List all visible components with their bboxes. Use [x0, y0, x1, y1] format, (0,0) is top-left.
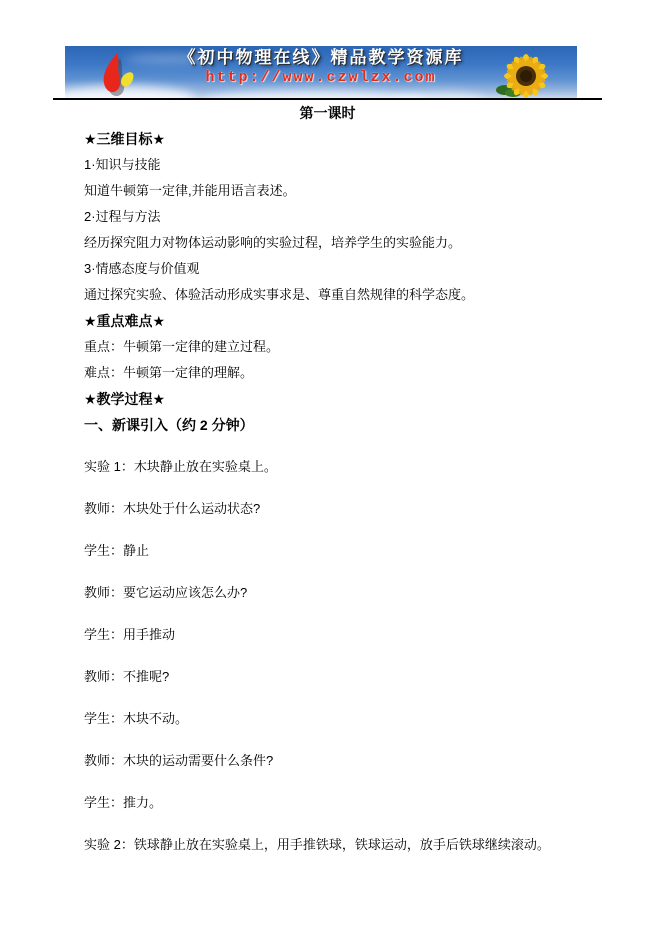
paragraph: 实验 1：木块静止放在实验桌上。	[53, 454, 602, 480]
paragraph: 难点：牛顿第一定律的理解。	[53, 360, 602, 386]
paragraph: 实验 2：铁球静止放在实验桌上，用手推铁球，铁球运动，放手后铁球继续滚动。	[53, 832, 602, 858]
page-title: 第一课时	[53, 100, 602, 126]
paragraph: 经历探究阻力对物体运动影响的实验过程，培养学生的实验能力。	[53, 230, 602, 256]
sunflower-icon	[493, 50, 553, 98]
section-heading: ★三维目标★	[53, 126, 602, 152]
cloud-shape	[205, 90, 425, 98]
paragraph: 教师：不推呢?	[53, 664, 602, 690]
paragraph: 教师：木块处于什么运动状态?	[53, 496, 602, 522]
paragraph: 知道牛顿第一定律,并能用语言表述。	[53, 178, 602, 204]
section-heading: 一、新课引入（约 2 分钟）	[53, 412, 602, 438]
section-heading: ★教学过程★	[53, 386, 602, 412]
paragraph: 通过探究实验、体验活动形成实事求是、尊重自然规律的科学态度。	[53, 282, 602, 308]
paragraph: 学生：推力。	[53, 790, 602, 816]
paragraph: 学生：用手推动	[53, 622, 602, 648]
paragraph: 3·情感态度与价值观	[53, 256, 602, 282]
section-heading: ★重点难点★	[53, 308, 602, 334]
paragraph: 2·过程与方法	[53, 204, 602, 230]
paragraph: 重点：牛顿第一定律的建立过程。	[53, 334, 602, 360]
paragraph: 教师：要它运动应该怎么办?	[53, 580, 602, 606]
paragraph: 学生：静止	[53, 538, 602, 564]
document-page: 《初中物理在线》精品教学资源库 http://www.czwlzx.com	[0, 0, 661, 935]
document-content: 第一课时 ★三维目标★ 1·知识与技能 知道牛顿第一定律,并能用语言表述。 2·…	[53, 100, 602, 858]
paragraph: 1·知识与技能	[53, 152, 602, 178]
site-banner: 《初中物理在线》精品教学资源库 http://www.czwlzx.com	[65, 46, 577, 98]
paragraph: 学生：木块不动。	[53, 706, 602, 732]
paragraph: 教师：木块的运动需要什么条件?	[53, 748, 602, 774]
